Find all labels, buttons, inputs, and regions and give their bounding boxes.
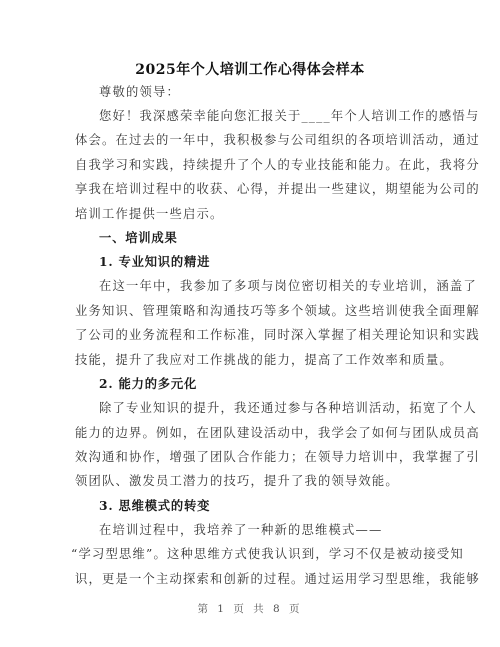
intro-line: 培训工作提供一些启示。 <box>75 204 420 222</box>
document-title: 2025年个人培训工作心得体会样本 <box>0 59 500 79</box>
paragraph-line: 在这一年中，我参加了多项与岗位密切相关的专业培训，涵盖了 <box>99 276 420 294</box>
subsection-heading: 3. 思维模式的转变 <box>99 496 444 514</box>
paragraph-line: 效沟通和协作，增强了团队合作能力；在领导力培训中，我掌握了引 <box>75 447 420 465</box>
paragraph-line: 在培训过程中，我培养了一种新的思维模式—— <box>99 520 420 538</box>
intro-line: 体会。在过去的一年中，我积极参与公司组织的各项培训活动，通过 <box>75 130 420 148</box>
paragraph-line: 了公司的业务流程和工作标准，同时深入掌握了相关理论知识和实践 <box>75 325 420 343</box>
salutation: 尊敬的领导： <box>99 82 420 100</box>
paragraph-line: 识，更是一个主动探索和创新的过程。通过运用学习型思维，我能够 <box>75 569 420 587</box>
intro-line: 您好！我深感荣幸能向您汇报关于____年个人培训工作的感悟与 <box>99 106 420 124</box>
page-footer: 第 1 页 共 8 页 <box>0 601 500 616</box>
paragraph-line: 技能，提升了我应对工作挑战的能力，提高了工作效率和质量。 <box>75 350 420 368</box>
document-page: 2025年个人培训工作心得体会样本 尊敬的领导： 您好！我深感荣幸能向您汇报关于… <box>0 0 500 647</box>
paragraph-line: “学习型思维”。这种思维方式使我认识到，学习不仅是被动接受知 <box>71 544 420 562</box>
paragraph-line: 业务知识、管理策略和沟通技巧等多个领域。这些培训使我全面理解 <box>75 301 420 319</box>
subsection-heading: 2. 能力的多元化 <box>99 374 444 392</box>
subsection-heading: 1. 专业知识的精进 <box>99 252 444 270</box>
intro-line: 享我在培训过程中的收获、心得，并提出一些建议，期望能为公司的 <box>75 179 420 197</box>
section-heading: 一、培训成果 <box>99 228 444 246</box>
intro-line: 自我学习和实践，持续提升了个人的专业技能和能力。在此，我将分 <box>75 155 420 173</box>
paragraph-line: 能力的边界。例如，在团队建设活动中，我学会了如何与团队成员高 <box>75 423 420 441</box>
paragraph-line: 领团队、激发员工潜力的技巧，提升了我的领导效能。 <box>75 471 420 489</box>
paragraph-line: 除了专业知识的提升，我还通过参与各种培训活动，拓宽了个人 <box>99 398 420 416</box>
